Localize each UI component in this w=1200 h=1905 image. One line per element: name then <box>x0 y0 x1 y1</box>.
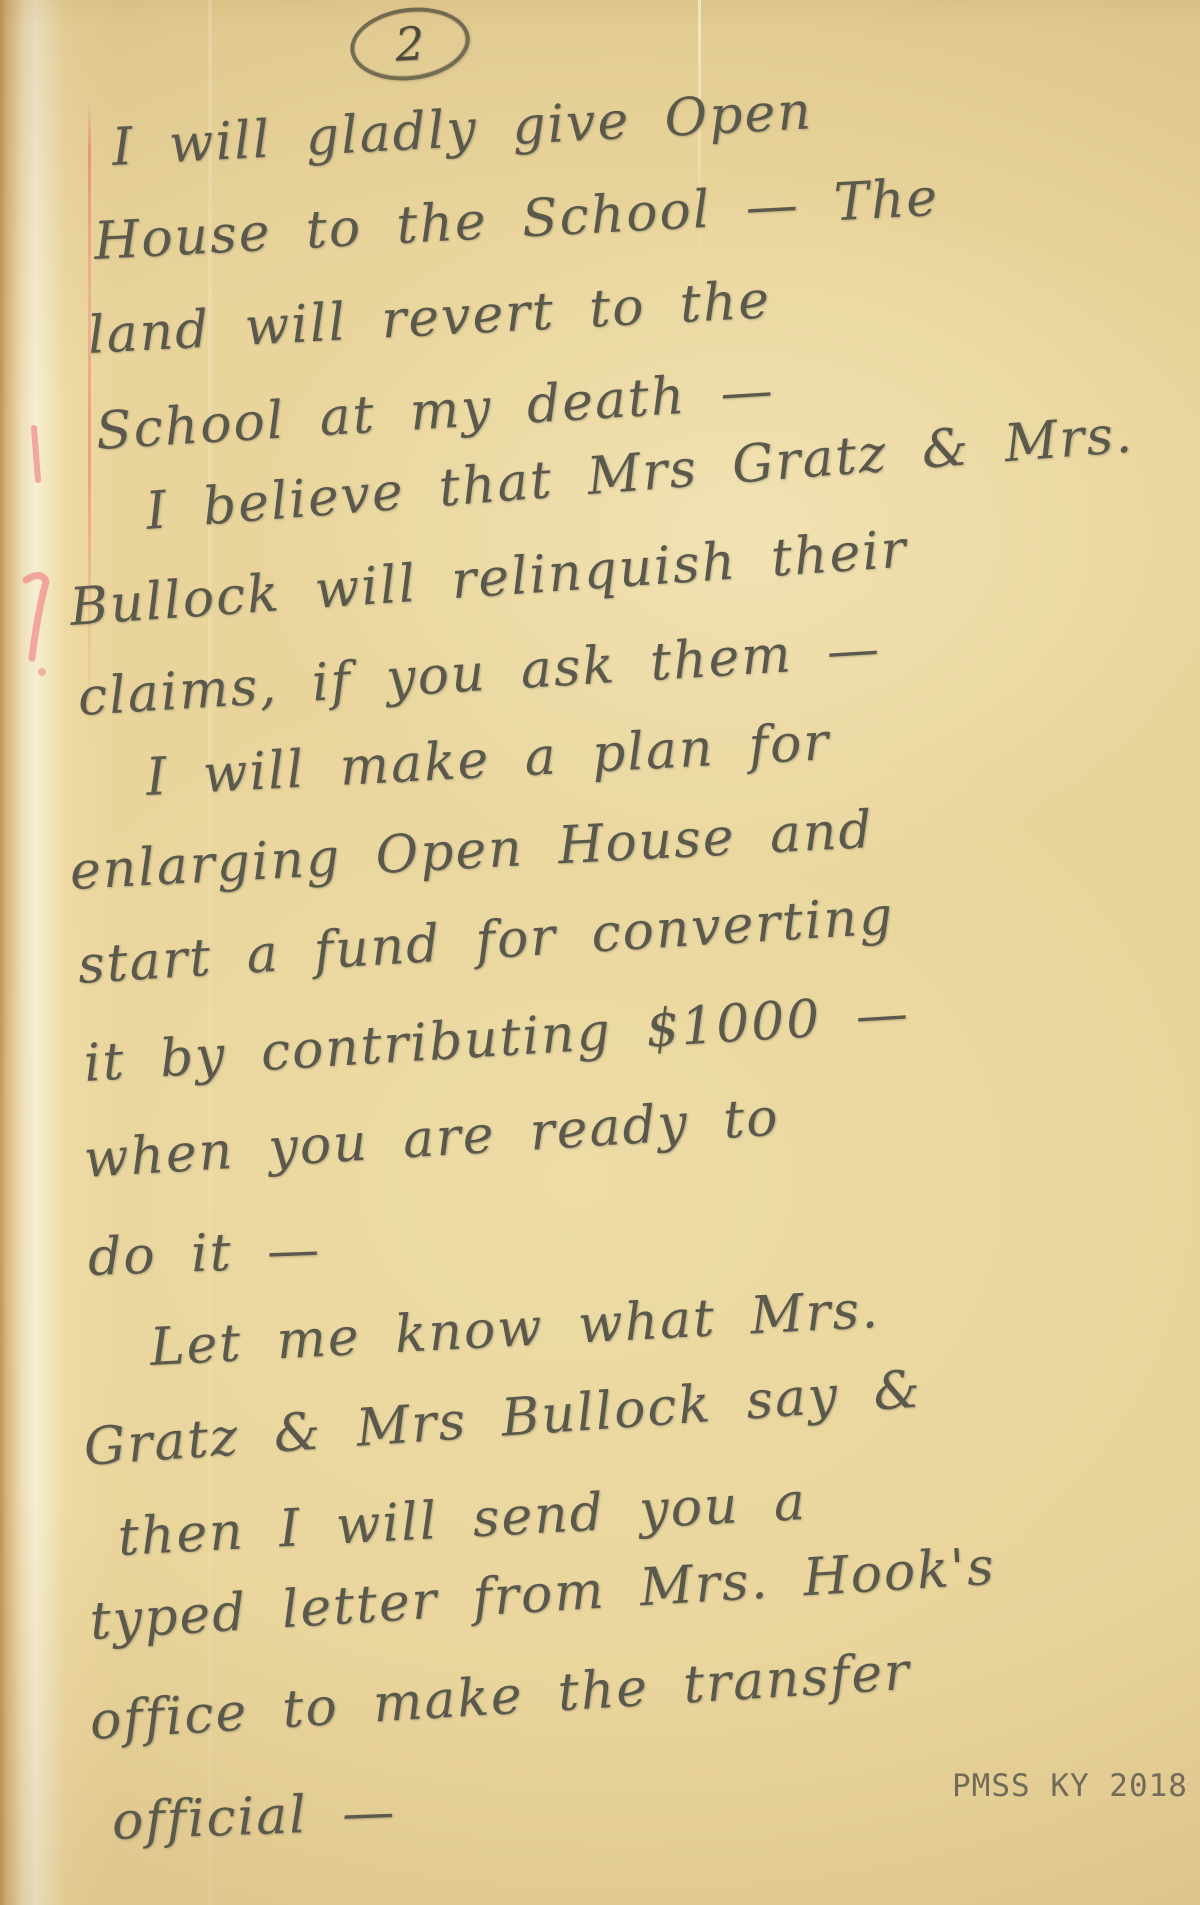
letter-line: it by contributing $1000 — <box>82 984 911 1094</box>
letter-line: when you are ready to <box>82 1088 781 1190</box>
letter-page: 2 I will gladly give Open House to the S… <box>0 0 1200 1905</box>
letter-line: Let me know what Mrs. <box>148 1280 881 1378</box>
margin-line <box>88 100 91 750</box>
letter-line: House to the School — The <box>92 168 940 272</box>
letter-line: do it — <box>87 1220 322 1288</box>
letter-line: I will gladly give Open <box>110 81 814 178</box>
letter-line: start a fund for converting <box>76 886 896 996</box>
letter-line: official — <box>111 1782 397 1852</box>
page-number: 2 <box>394 16 426 71</box>
pink-margin-mark <box>12 420 72 680</box>
letter-line: enlarging Open House and <box>68 800 875 902</box>
letter-line: claims, if you ask them — <box>76 619 882 728</box>
letter-line: land will revert to the <box>86 270 772 366</box>
watermark: PMSS KY 2018 <box>952 1768 1188 1804</box>
page-number-circle: 2 <box>346 1 474 87</box>
letter-line: I will make a plan for <box>144 712 831 808</box>
